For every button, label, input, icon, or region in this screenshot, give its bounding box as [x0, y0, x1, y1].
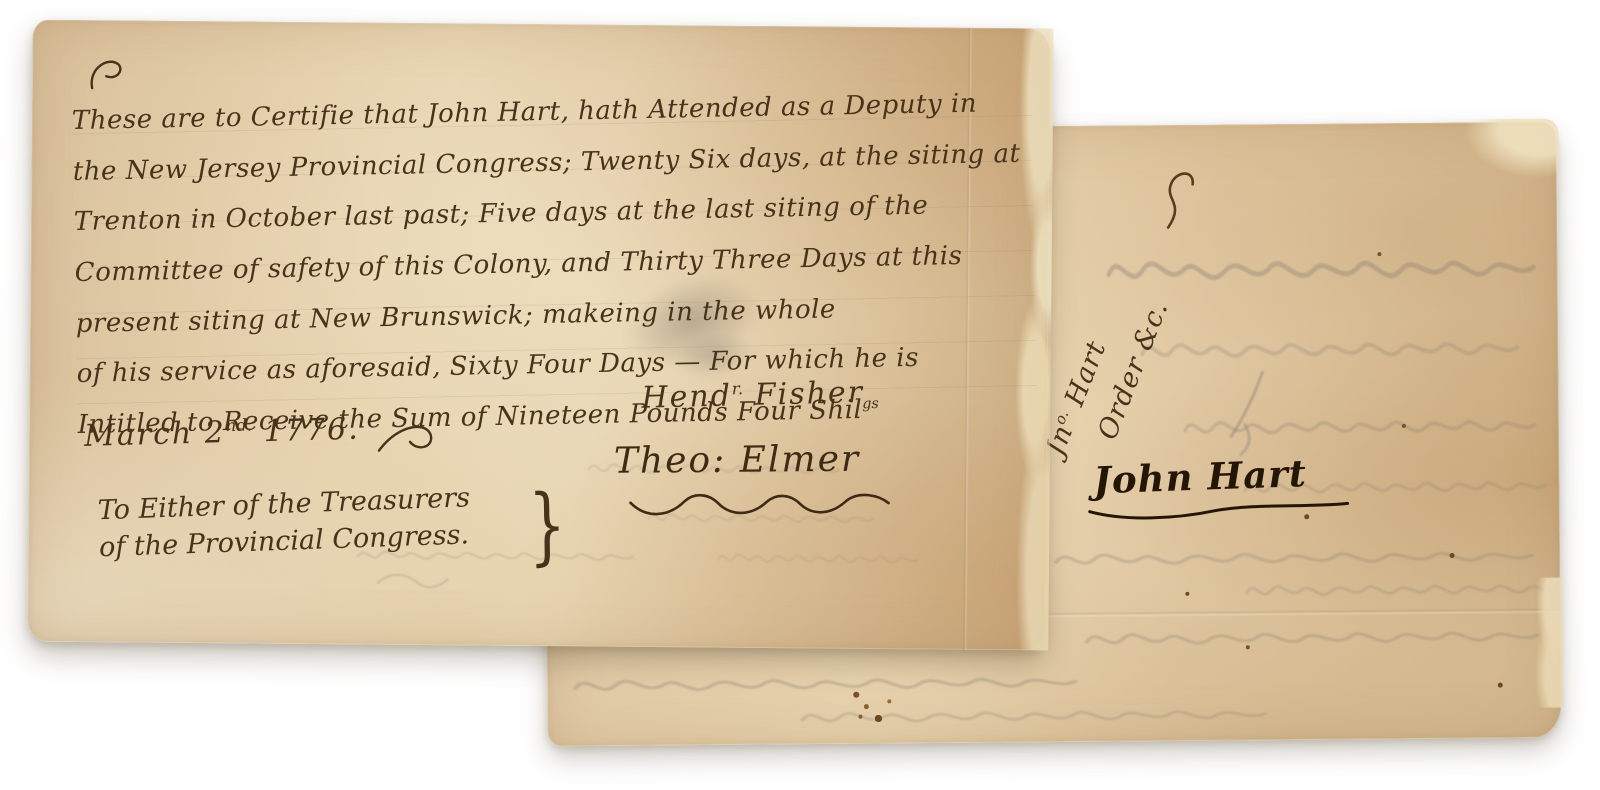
certificate-body-text: These are to Certifie that John Hart, ha… [71, 75, 1038, 448]
hendrick-fisher-signature: Hendr. Fisher [641, 375, 864, 416]
john-hart-signature: John Hart [1093, 451, 1308, 502]
date-line: March 2nd. 1776. [84, 412, 360, 454]
theo-elmer-signature: Theo: Elmer [614, 439, 861, 482]
date-swash-flourish [377, 421, 437, 462]
payee-block: To Either of the Treasurers of the Provi… [97, 479, 472, 566]
opening-pen-flourish [88, 56, 128, 92]
elmer-signature-flourish [626, 491, 896, 523]
payee-brace: } [528, 475, 567, 574]
scan-background: Jno. Hart Order &c. John Hart [0, 0, 1600, 790]
document-recto-sheet: These are to Certifie that John Hart, ha… [27, 20, 1050, 651]
docket-flourish [1155, 163, 1206, 233]
john-hart-signature-underline [1086, 499, 1366, 523]
